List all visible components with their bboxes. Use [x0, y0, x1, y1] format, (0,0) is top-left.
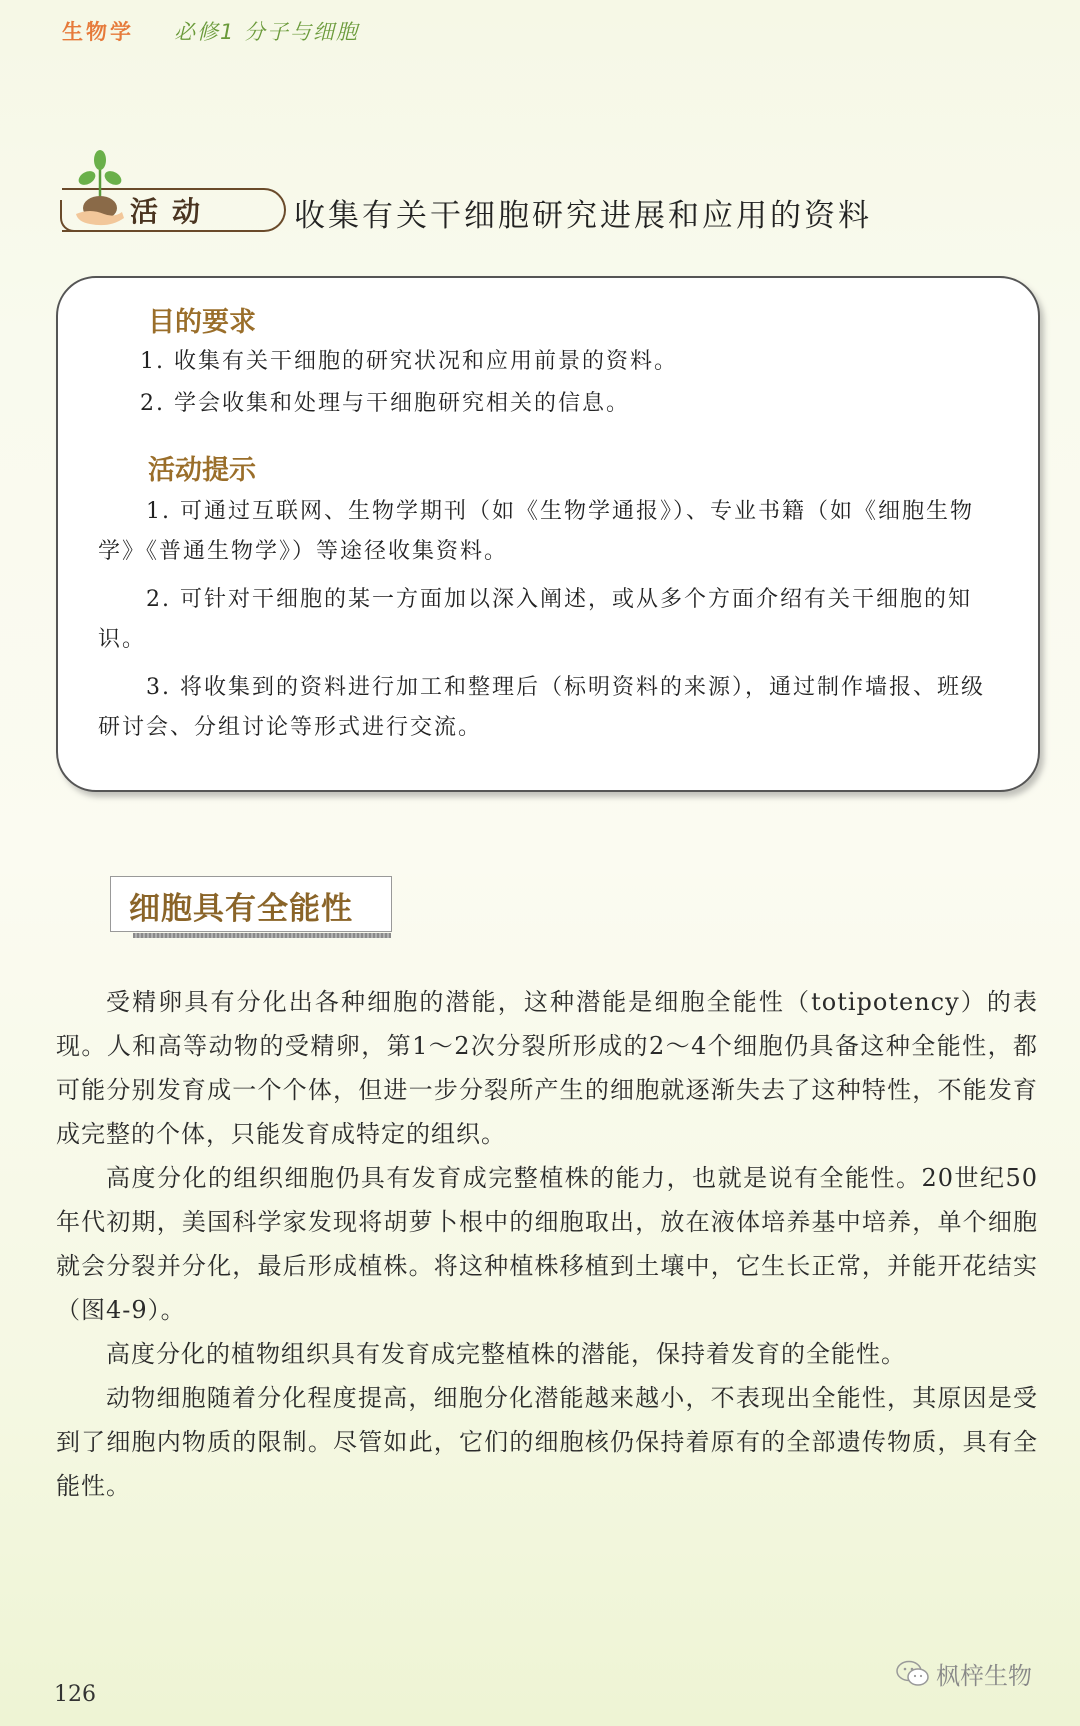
objective-item: 2. 学会收集和处理与干细胞研究相关的信息。 — [140, 384, 1002, 424]
running-head-volume: 必修1 分子与细胞 — [174, 16, 359, 46]
watermark-text: 枫梓生物 — [936, 1656, 1032, 1691]
activity-label: 活动 — [130, 190, 214, 230]
tip-item: 1. 可通过互联网、生物学期刊（如《生物学通报》）、专业书籍（如《细胞生物学》《… — [98, 492, 1002, 572]
objective-item: 1. 收集有关干细胞的研究状况和应用前景的资料。 — [140, 342, 1002, 382]
sprout-in-hand-icon — [70, 148, 130, 228]
section-heading: 细胞具有全能性 — [129, 883, 353, 928]
wechat-icon — [896, 1660, 930, 1688]
body-paragraph: 高度分化的植物组织具有发育成完整植株的潜能，保持着发育的全能性。 — [56, 1332, 1038, 1376]
activity-header: 活动 收集有关干细胞研究进展和应用的资料 — [58, 148, 1018, 238]
body-paragraph: 高度分化的组织细胞仍具有发育成完整植株的能力，也就是说有全能性。20世纪50年代… — [56, 1156, 1038, 1332]
section-body: 受精卵具有分化出各种细胞的潜能，这种潜能是细胞全能性（totipotency）的… — [56, 980, 1038, 1508]
watermark: 枫梓生物 — [896, 1656, 1032, 1691]
activity-box: 目的要求 1. 收集有关干细胞的研究状况和应用前景的资料。 2. 学会收集和处理… — [56, 276, 1040, 792]
tips-title: 活动提示 — [148, 448, 256, 487]
body-paragraph: 受精卵具有分化出各种细胞的潜能，这种潜能是细胞全能性（totipotency）的… — [56, 980, 1038, 1156]
body-paragraph: 动物细胞随着分化程度提高，细胞分化潜能越来越小，不表现出全能性，其原因是受到了细… — [56, 1376, 1038, 1508]
section-heading-box: 细胞具有全能性 — [110, 876, 392, 932]
running-head: 生物学 必修1 分子与细胞 — [62, 16, 359, 46]
objectives-title: 目的要求 — [148, 300, 256, 339]
tip-item: 3. 将收集到的资料进行加工和整理后（标明资料的来源），通过制作墙报、班级研讨会… — [98, 668, 1002, 748]
running-head-subject: 生物学 — [62, 16, 134, 46]
page-number: 126 — [54, 1682, 96, 1707]
activity-title: 收集有关干细胞研究进展和应用的资料 — [294, 190, 872, 235]
tip-item: 2. 可针对干细胞的某一方面加以深入阐述，或从多个方面介绍有关干细胞的知识。 — [98, 580, 1002, 660]
